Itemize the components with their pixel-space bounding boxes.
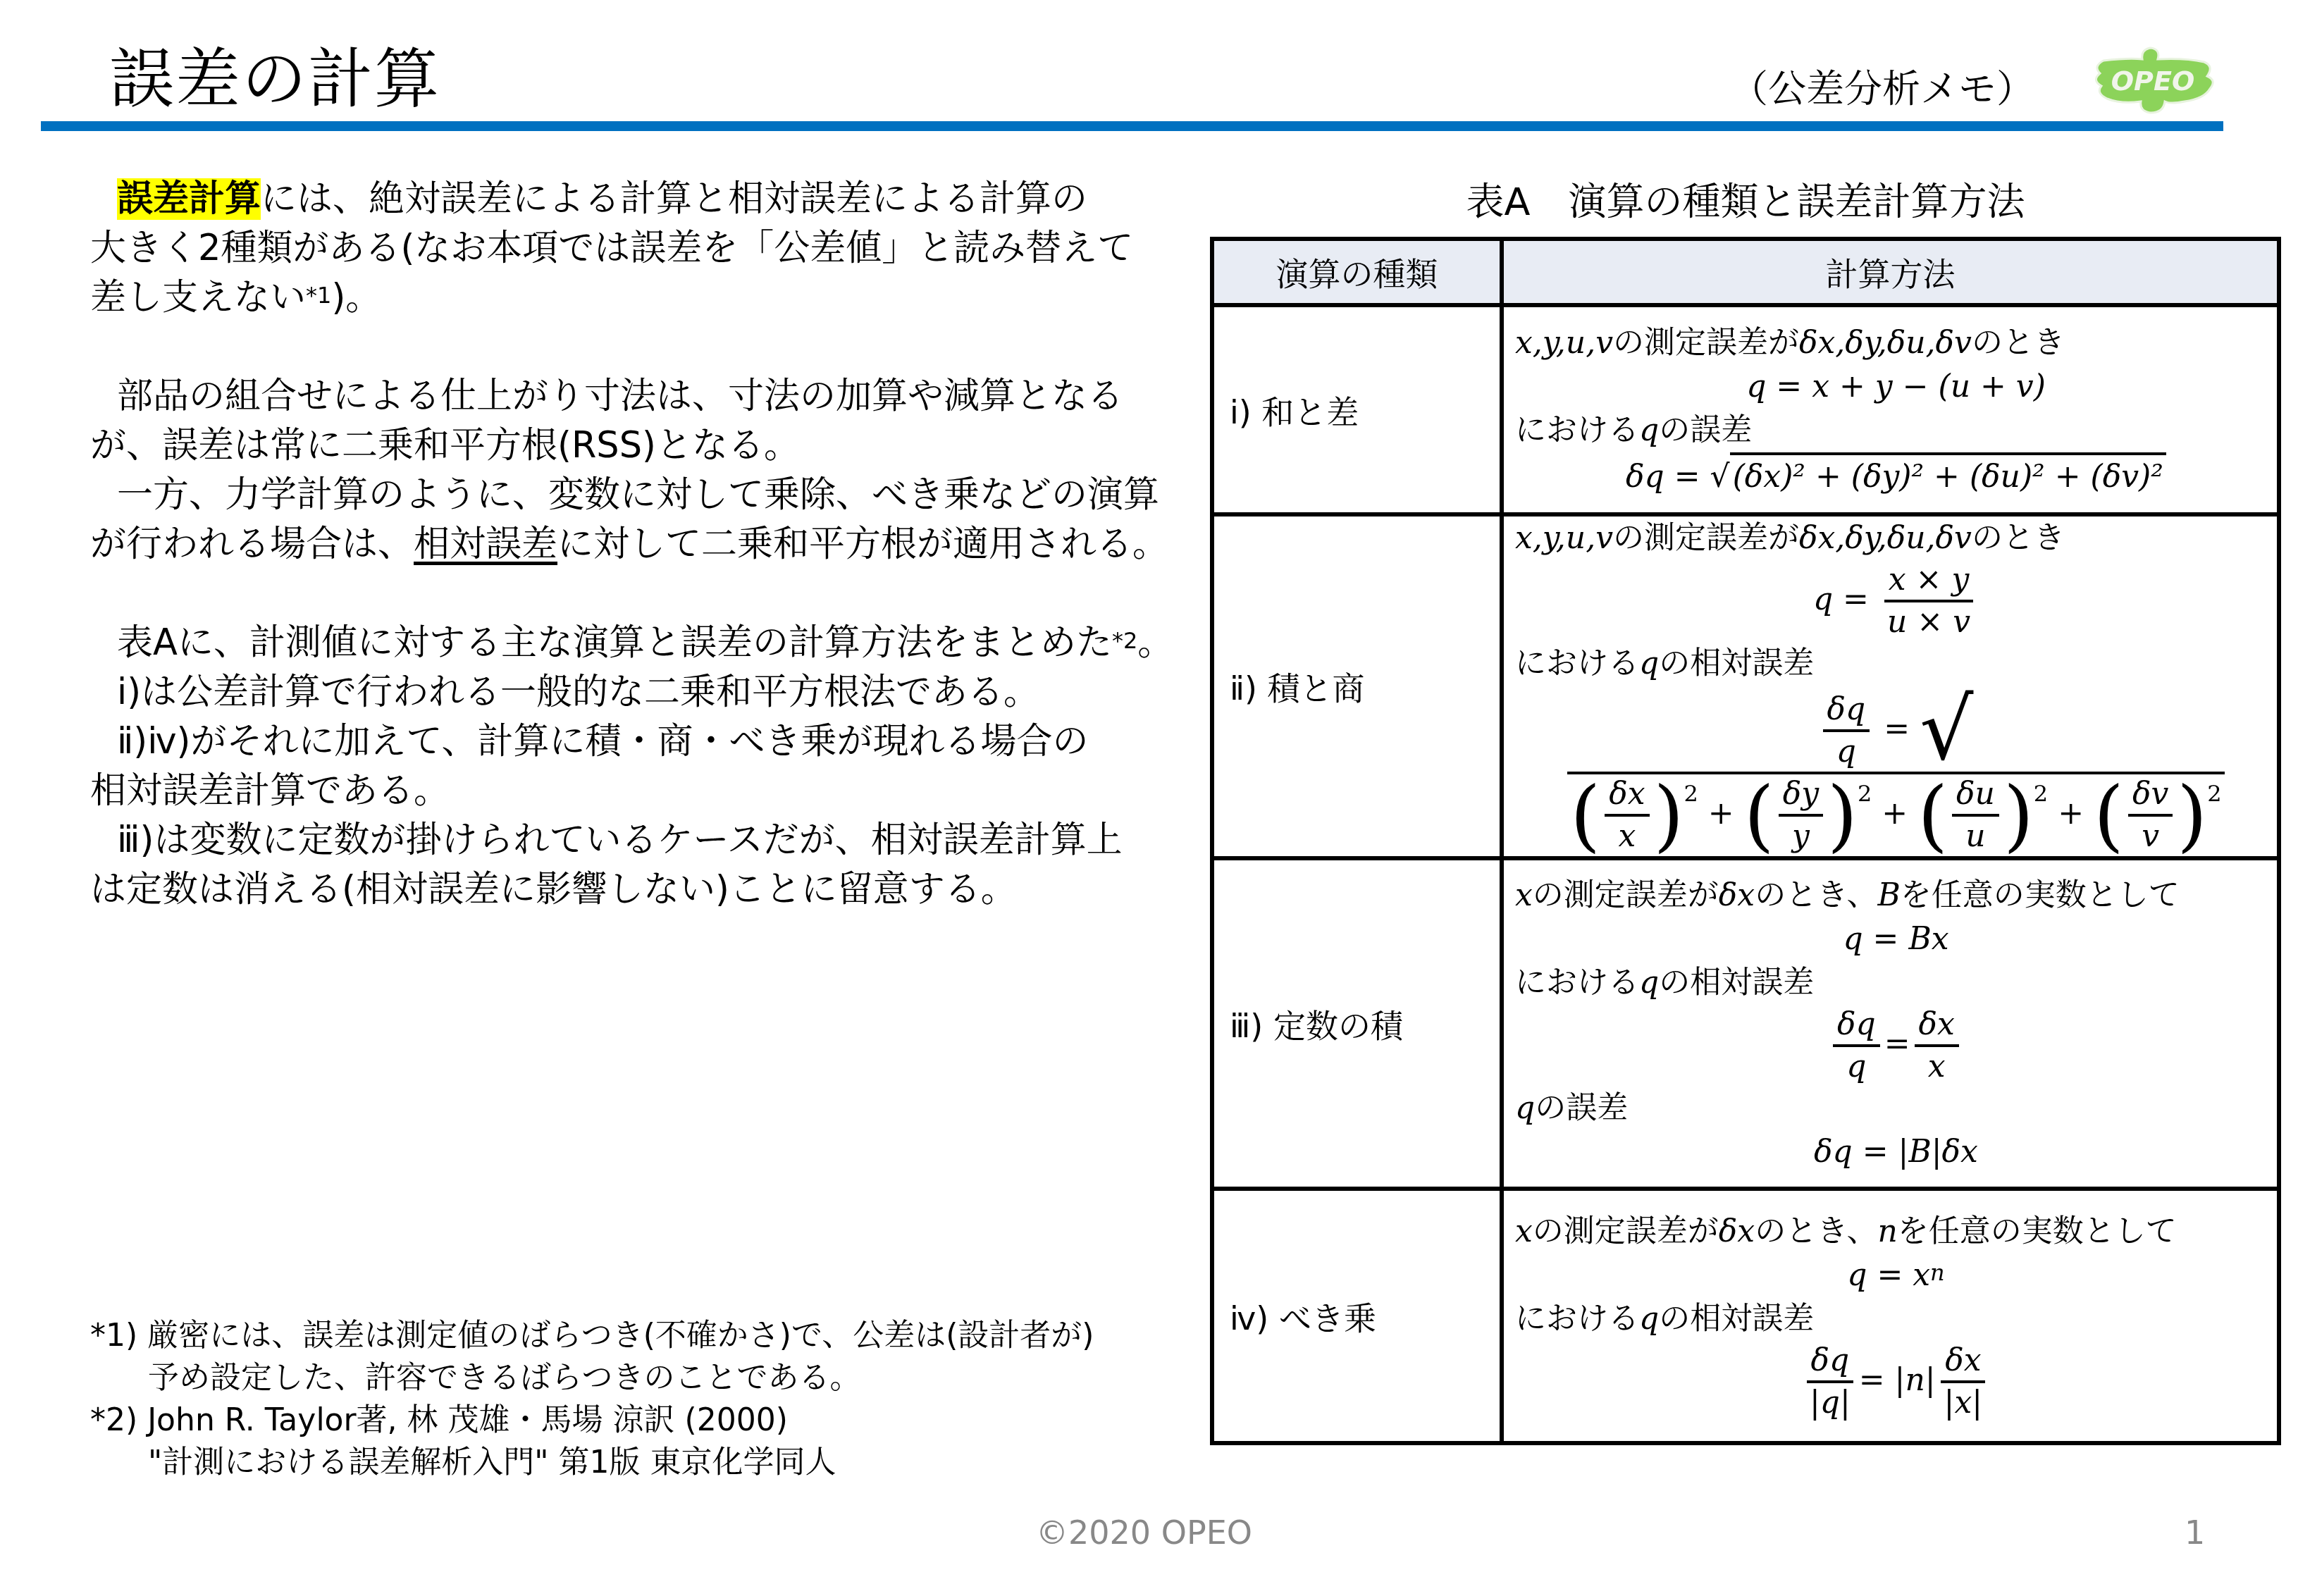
equation-q: q = x + y − (u + v) (1515, 365, 2277, 409)
copyright: ©2020 OPEO (1036, 1514, 1252, 1552)
condition-text: x,y,u,vの測定誤差がδx,δy,δu,δvのとき (1515, 516, 2277, 560)
method-sum-diff: x,y,u,vの測定誤差がδx,δy,δu,δvのとき q = x + y − … (1502, 305, 2279, 514)
paragraph-2-line-2: が、誤差は常に二乗和平方根(RSS)となる。 (90, 421, 1218, 471)
equation-error: δq = √(δx)² + (δy)² + (δu)² + (δv)² (1515, 452, 2277, 499)
column-header-method: 計算方法 (1502, 239, 2279, 305)
highlight-term: 誤差計算 (117, 178, 261, 220)
page-subtitle: （公差分析メモ） (1730, 65, 2034, 114)
equation-relative-error: δq|q|= |n|δx|x| (1515, 1341, 2277, 1423)
condition-text: xの測定誤差がδxのとき、Bを任意の実数として (1515, 874, 2277, 917)
table-row: ⅱ) 積と商 x,y,u,vの測定誤差がδx,δy,δu,δvのとき q = x… (1212, 514, 2279, 858)
table-row: ⅳ) べき乗 xの測定誤差がδxのとき、nを任意の実数として q = xn にお… (1212, 1189, 2279, 1443)
footnote-1-line-1: *1) 厳密には、誤差は測定値のばらつき(不確かさ)で、公差は(設計者が) (90, 1315, 1094, 1357)
title-rule (41, 121, 2223, 131)
column-header-operation: 演算の種類 (1212, 239, 1502, 305)
footnote-2-line-1: *2) John R. Taylor著, 林 茂雄・馬場 涼訳 (2000) (90, 1399, 1094, 1442)
footnote-2-line-2: "計測における誤差解析入門" 第1版 東京化学同人 (90, 1442, 1094, 1484)
operation-sum-diff: ⅰ) 和と差 (1212, 305, 1502, 514)
error-calc-table: 演算の種類 計算方法 ⅰ) 和と差 x,y,u,vの測定誤差がδx,δy,δu,… (1210, 237, 2281, 1445)
equation-q: q = x × yu × v (1515, 560, 2277, 642)
paragraph-4-line-4: 相対誤差計算である。 (90, 767, 1218, 816)
method-constant-product: xの測定誤差がδxのとき、Bを任意の実数として q = Bx におけるqの相対誤… (1502, 858, 2279, 1189)
equation-q: q = xn (1515, 1254, 2277, 1297)
equation-q: q = Bx (1515, 917, 2277, 961)
condition-text: x,y,u,vの測定誤差がδx,δy,δu,δvのとき (1515, 321, 2277, 365)
footnote-ref-2: *2 (1112, 627, 1137, 654)
method-power: xの測定誤差がδxのとき、nを任意の実数として q = xn におけるqの相対誤… (1502, 1189, 2279, 1443)
paragraph-1-line-1: 誤差計算には、絶対誤差による計算と相対誤差による計算の (90, 175, 1218, 224)
table-caption: 表A 演算の種類と誤差計算方法 (1210, 178, 2281, 227)
paragraph-4-line-5: ⅲ)は変数に定数が掛けられているケースだが、相対誤差計算上 (90, 816, 1218, 865)
paragraph-3-line-2: が行われる場合は、相対誤差に対して二乗和平方根が適用される。 (90, 520, 1218, 569)
body-text: 誤差計算には、絶対誤差による計算と相対誤差による計算の 大きく2種類がある(なお… (90, 175, 1218, 915)
paragraph-3-line-1: 一方、力学計算のように、変数に対して乗除、べき乗などの演算 (90, 471, 1218, 520)
table-header-row: 演算の種類 計算方法 (1212, 239, 2279, 305)
footnote-ref-1: *1 (306, 282, 331, 309)
table-row: ⅰ) 和と差 x,y,u,vの測定誤差がδx,δy,δu,δvのとき q = x… (1212, 305, 2279, 514)
equation-relative-error: δqq=δxx (1515, 1005, 2277, 1087)
paragraph-4-line-3: ⅱ)ⅳ)がそれに加えて、計算に積・商・べき乗が現れる場合の (90, 717, 1218, 767)
paragraph-1-line-3: 差し支えない*1)。 (90, 273, 1218, 323)
opeo-logo: OPEO (2086, 45, 2220, 116)
paragraph-4-line-1: 表Aに、計測値に対する主な演算と誤差の計算方法をまとめた*2。 (90, 619, 1218, 668)
paragraph-4-line-6: は定数は消える(相対誤差に影響しない)ことに留意する。 (90, 865, 1218, 915)
table-row: ⅲ) 定数の積 xの測定誤差がδxのとき、Bを任意の実数として q = Bx に… (1212, 858, 2279, 1189)
equation-relative-error: δqq = √ (δxx)2 + (δyy)2 + (δuu)2 + (δvv)… (1515, 686, 2277, 856)
underlined-term: 相対誤差 (414, 524, 557, 565)
operation-power: ⅳ) べき乗 (1212, 1189, 1502, 1443)
footnote-1-line-2: 予め設定した、許容できるばらつきのことである。 (90, 1357, 1094, 1399)
lead-text-2: qの誤差 (1515, 1087, 2277, 1130)
paragraph-4-line-2: ⅰ)は公差計算で行われる一般的な二乗和平方根法である。 (90, 668, 1218, 717)
page-title: 誤差の計算 (109, 41, 440, 118)
lead-text: におけるqの誤差 (1515, 409, 2277, 452)
page-number: 1 (2185, 1514, 2205, 1552)
lead-text: におけるqの相対誤差 (1515, 1297, 2277, 1341)
svg-text:OPEO: OPEO (2111, 66, 2194, 97)
operation-product-quotient: ⅱ) 積と商 (1212, 514, 1502, 858)
lead-text: におけるqの相対誤差 (1515, 642, 2277, 686)
footnotes: *1) 厳密には、誤差は測定値のばらつき(不確かさ)で、公差は(設計者が) 予め… (90, 1315, 1094, 1484)
lead-text: におけるqの相対誤差 (1515, 961, 2277, 1005)
condition-text: xの測定誤差がδxのとき、nを任意の実数として (1515, 1210, 2277, 1254)
operation-constant-product: ⅲ) 定数の積 (1212, 858, 1502, 1189)
paragraph-1-line-2: 大きく2種類がある(なお本項では誤差を「公差値」と読み替えて (90, 224, 1218, 273)
paragraph-2-line-1: 部品の組合せによる仕上がり寸法は、寸法の加算や減算となる (90, 372, 1218, 421)
puzzle-logo-icon: OPEO (2086, 45, 2220, 116)
equation-error: δq = |B|δx (1515, 1130, 2277, 1174)
method-product-quotient: x,y,u,vの測定誤差がδx,δy,δu,δvのとき q = x × yu ×… (1502, 514, 2279, 858)
